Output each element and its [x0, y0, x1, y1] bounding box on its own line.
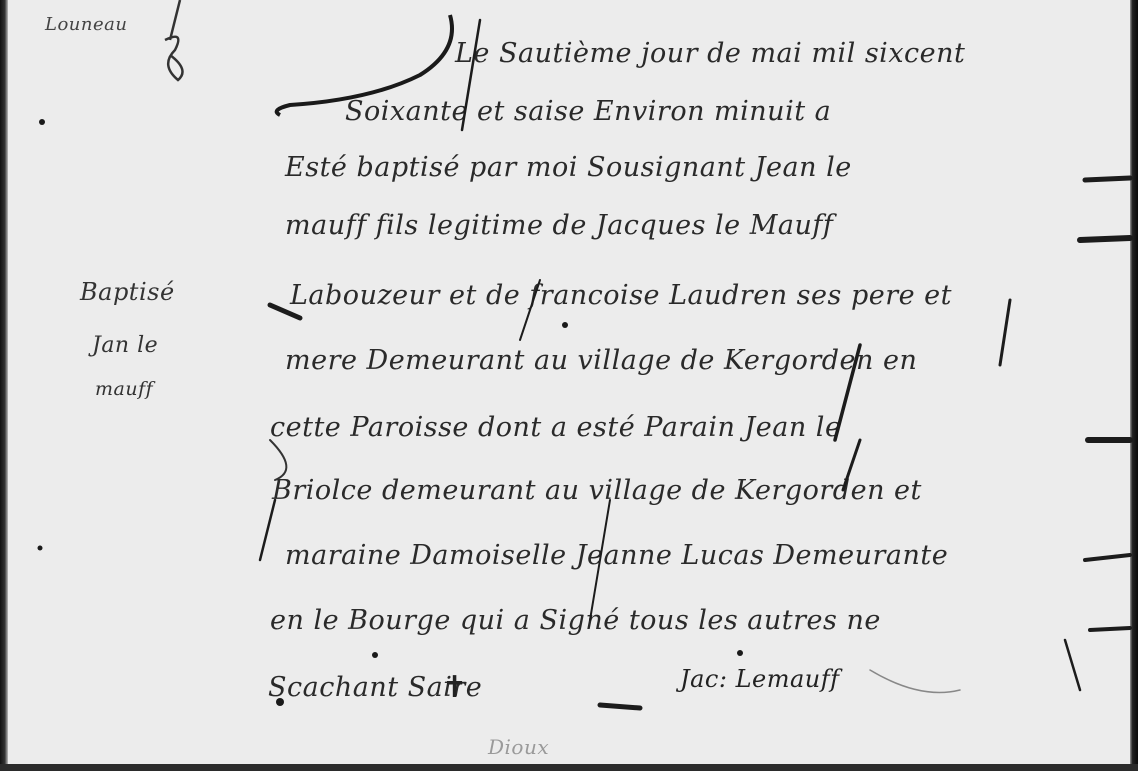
record-line-6: mere Demeurant au village de Kergorden e…	[285, 345, 917, 376]
record-line-2: Soixante et saise Environ minuit a	[345, 96, 831, 127]
document-page: Louneau Baptisé Jan le mauff Le Sautième…	[0, 0, 1138, 764]
record-line-7: cette Paroisse dont a esté Parain Jean l…	[270, 412, 841, 443]
margin-flourish-icon	[150, 0, 200, 90]
record-line-4: mauff fils legitime de Jacques le Mauff	[285, 210, 833, 241]
margin-baptism-surname: mauff	[95, 378, 153, 400]
record-line-3: Esté baptisé par moi Sousignant Jean le	[285, 152, 852, 183]
page-right-edge	[1130, 0, 1138, 764]
margin-baptism-label: Baptisé	[80, 278, 175, 306]
record-line-1: Le Sautième jour de mai mil sixcent	[455, 38, 965, 69]
record-line-8: Briolce demeurant au village de Kergorde…	[272, 475, 922, 506]
margin-baptism-name: Jan le	[92, 333, 158, 358]
cross-mark: ✝	[442, 670, 468, 705]
record-line-9: maraine Damoiselle Jeanne Lucas Demeuran…	[285, 540, 948, 571]
record-line-10: en le Bourge qui a Signé tous les autres…	[270, 605, 881, 636]
faint-bleedthrough-text: Dioux	[488, 735, 549, 759]
priest-signature: Jac: Lemauff	[680, 665, 840, 693]
page-left-edge	[0, 0, 8, 764]
margin-top-note: Louneau	[45, 14, 127, 35]
viewer-bottom-bar	[0, 764, 1138, 771]
record-line-5: Labouzeur et de francoise Laudren ses pe…	[290, 280, 952, 311]
